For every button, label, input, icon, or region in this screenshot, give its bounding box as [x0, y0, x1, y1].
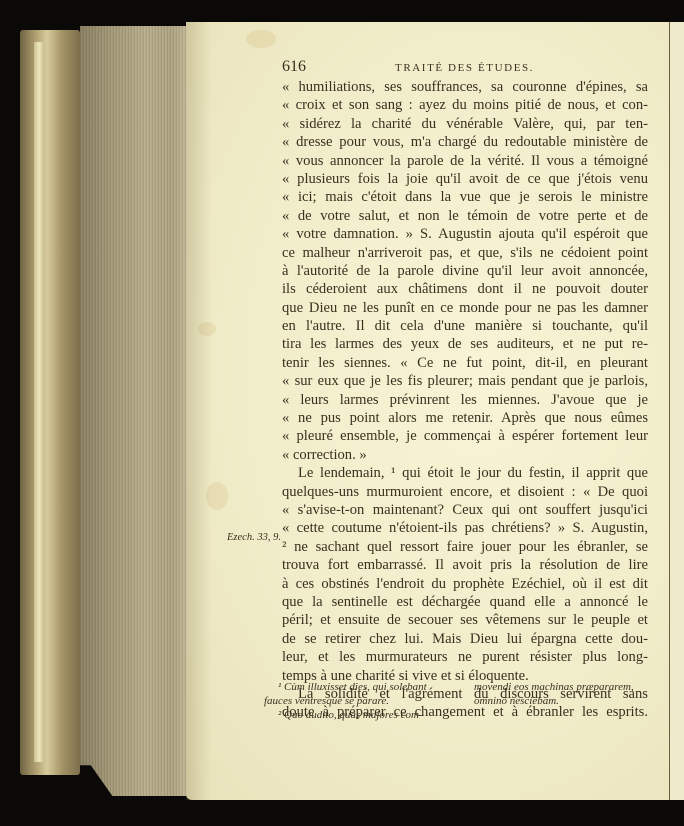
text-line: « s'avise-t-on maintenant? Ceux qui ont … — [282, 501, 648, 519]
text-line: ils céderoient aux châtimens dont il ne … — [282, 280, 648, 298]
margin-reference: Ezech. 33, 9. — [227, 532, 281, 543]
text-line: « leurs larmes prévinrent les miennes. J… — [282, 391, 648, 409]
body-text: « humiliations, ses souffrances, sa cour… — [282, 78, 648, 722]
text-line: péril; et ensuite de secouer ses vêtemen… — [282, 611, 648, 629]
gutter-shadow — [186, 22, 212, 800]
text-line: « de votre salut, et non le témoin de vo… — [282, 207, 648, 225]
text-line: que Dieu ne les punît en ce monde pour n… — [282, 299, 648, 317]
text-line: en l'autre. Il dit cela d'une manière si… — [282, 317, 648, 335]
text-line: leur, et les murmurateurs ne purent rési… — [282, 648, 648, 666]
text-line: ² ne sachant quel ressort faire jouer po… — [282, 538, 648, 556]
text-line: de se retirer chez lui. Mais Dieu lui ép… — [282, 630, 648, 648]
text-line: « ici; mais c'étoit dans la vue que je s… — [282, 188, 648, 206]
footnotes-right-column: movendi eos machinas præpararem,omninò n… — [474, 680, 654, 722]
text-line: « sidérez la charité du vénérable Valère… — [282, 115, 648, 133]
text-line: « votre damnation. » S. Augustin ajouta … — [282, 225, 648, 243]
text-line: « ne pus point alors me retenir. Après q… — [282, 409, 648, 427]
text-line: quelques-uns murmuroient encore, et diso… — [282, 483, 648, 501]
text-line: « croix et son sang : ayez du moins piti… — [282, 96, 648, 114]
text-line: « vous annoncer la parole de la vérité. … — [282, 152, 648, 170]
text-line: tenir les siennes. « Ce ne fut point, di… — [282, 354, 648, 372]
text-line: à ces obstinés l'endroit du prophète Ezé… — [282, 575, 648, 593]
foxing-stain — [246, 30, 276, 48]
footnote-line: ² Quo audito, quas majores com- — [264, 708, 444, 722]
text-line: Le lendemain, ¹ qui étoit le jour du fes… — [282, 464, 648, 482]
text-line: trouva fort embarrassé. Il avoit pris la… — [282, 556, 648, 574]
page-number: 616 — [282, 58, 318, 76]
footnote-line: omninò nesciebam. — [474, 694, 654, 708]
text-line: « cette coutume n'étoient-ils pas chréti… — [282, 519, 648, 537]
running-head: TRAITÉ DES ÉTUDES. — [395, 62, 534, 74]
text-line: « humiliations, ses souffrances, sa cour… — [282, 78, 648, 96]
footnotes: ¹ Cùm illuxisset dies, qui solebantfauce… — [282, 680, 654, 722]
footnote-line: ¹ Cùm illuxisset dies, qui solebant — [264, 680, 444, 694]
footnote-line: movendi eos machinas præpararem, — [474, 680, 654, 694]
page-text: 616 TRAITÉ DES ÉTUDES. « humiliations, s… — [282, 58, 648, 722]
book-cover-edge — [20, 30, 80, 775]
text-line: tira les larmes des yeux de ses auditeur… — [282, 335, 648, 353]
text-line: « correction. » — [282, 446, 648, 464]
text-line: « pleuré ensemble, je commençai à espére… — [282, 427, 648, 445]
text-line: « sur eux que je les fis pleurer; mais p… — [282, 372, 648, 390]
text-line: que la sentinelle est déchargée quand el… — [282, 593, 648, 611]
facing-page-edge — [669, 22, 684, 800]
page-edges-stack — [80, 26, 188, 796]
text-line: « plusieurs fois la joie qu'il avoit de … — [282, 170, 648, 188]
text-line: « dresse pour vous, m'a chargé du redout… — [282, 133, 648, 151]
text-line: à l'autorité de la parole divine qu'il l… — [282, 262, 648, 280]
book-cover-strip — [34, 42, 44, 762]
text-line: ce malheur n'arriveroit pas, et que, s'i… — [282, 244, 648, 262]
page-header: 616 TRAITÉ DES ÉTUDES. — [282, 58, 648, 78]
footnotes-left-column: ¹ Cùm illuxisset dies, qui solebantfauce… — [264, 680, 444, 722]
footnote-line: fauces ventresque se parare. — [264, 694, 444, 708]
